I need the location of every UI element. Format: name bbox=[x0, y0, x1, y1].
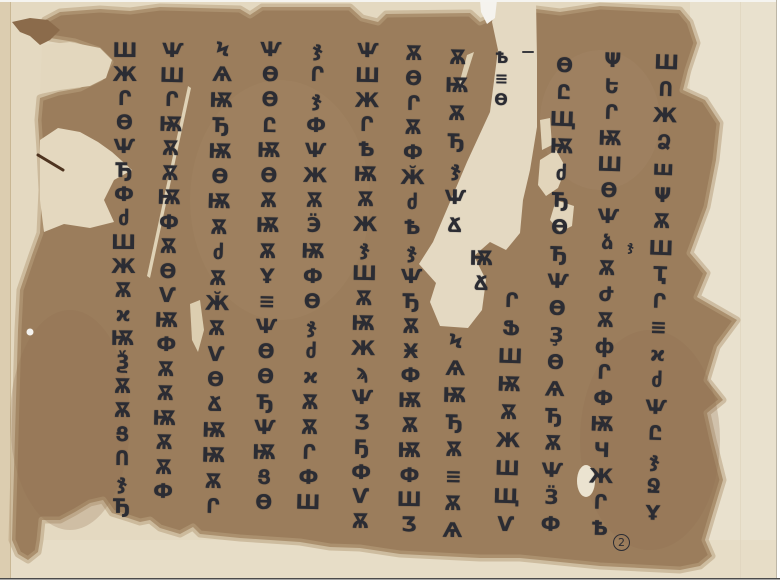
glyph: Ѫ bbox=[397, 313, 425, 338]
glyph: Ը bbox=[641, 419, 670, 446]
glyph: Ѭ bbox=[396, 388, 424, 413]
glyph: ≡ bbox=[487, 67, 515, 88]
glyph: Ѭ bbox=[588, 410, 617, 437]
glyph: Ѱ bbox=[544, 267, 573, 295]
glyph: Ѳ bbox=[252, 339, 280, 365]
glyph: Ѭ bbox=[206, 139, 235, 165]
glyph: Ѳ bbox=[595, 177, 624, 204]
glyph: Ր bbox=[597, 99, 626, 126]
glyph: Ѳ bbox=[298, 289, 327, 315]
glyph: Ѧ bbox=[441, 354, 469, 381]
glyph: ≡ bbox=[253, 289, 281, 315]
glyph: Ф bbox=[396, 363, 424, 388]
glyph: Ф bbox=[110, 182, 138, 206]
glyph: Ջ bbox=[639, 472, 668, 499]
glyph: ჯ bbox=[640, 446, 669, 473]
circled-page-number: 2 bbox=[613, 534, 630, 551]
glyph: Ш bbox=[595, 151, 624, 178]
glyph: Ը bbox=[255, 113, 283, 139]
glyph: ϡ bbox=[349, 360, 377, 385]
text-column-4-middle: ѬՃ bbox=[467, 245, 496, 295]
glyph: Ѱ bbox=[538, 456, 567, 484]
glyph: Ѭ bbox=[299, 239, 328, 265]
glyph: ჯ bbox=[442, 155, 470, 183]
glyph: Ր bbox=[399, 90, 427, 115]
glyph: Ψ bbox=[648, 181, 677, 208]
glyph: Ђ bbox=[442, 127, 470, 155]
glyph: Ѱ bbox=[257, 37, 285, 63]
glyph: Ր bbox=[303, 62, 332, 88]
glyph: Ѳ bbox=[545, 213, 574, 241]
glyph: Ձ bbox=[650, 128, 679, 155]
glyph: Ѫ bbox=[156, 135, 185, 160]
glyph: Ѫ bbox=[150, 429, 179, 454]
glyph: Ф bbox=[589, 384, 618, 411]
glyph: Ѫ bbox=[149, 454, 178, 479]
glyph: Ф bbox=[536, 510, 565, 538]
glyph: Ѳ bbox=[154, 258, 183, 283]
glyph: Ѫ bbox=[350, 285, 378, 310]
glyph: Ђ bbox=[108, 494, 136, 518]
glyph: Ѫ bbox=[152, 356, 181, 381]
glyph: Ѱ bbox=[251, 415, 279, 441]
glyph: Ш bbox=[647, 234, 676, 261]
manuscript-photograph: ШՈЖՁшΨѪШҬՐ≡ϰძѰԸჯՋҰ ΨԵՐѬШѲѰձѪԺѪфՐФѬЧЖՐѢ ჯ… bbox=[0, 0, 780, 582]
glyph: Щ bbox=[492, 482, 521, 511]
glyph: Ш bbox=[353, 62, 381, 87]
glyph: Ѵ bbox=[202, 342, 231, 368]
text-column-6: ѪѲՐѪФӁძѢჯѰЂѪӾФѬѪѬФШӠ bbox=[395, 40, 428, 536]
glyph: Ђ bbox=[544, 240, 573, 268]
glyph: Ѳ bbox=[543, 294, 572, 322]
glyph: Ш bbox=[395, 487, 423, 512]
glyph: Ѱ bbox=[301, 138, 330, 164]
glyph: Ѭ bbox=[468, 245, 496, 270]
glyph: Ш bbox=[652, 48, 681, 75]
glyph: Ψ bbox=[598, 47, 627, 74]
glyph: Ѭ bbox=[200, 418, 229, 444]
glyph: Ѫ bbox=[300, 188, 329, 214]
glyph: Ѭ bbox=[109, 326, 137, 350]
glyph: Ђ bbox=[207, 113, 236, 139]
glyph: Ѱ bbox=[110, 134, 138, 158]
glyph: Ђ bbox=[539, 402, 568, 430]
glyph: Ѫ bbox=[351, 186, 379, 211]
glyph: Ր bbox=[295, 440, 324, 466]
glyph: ш bbox=[649, 154, 678, 181]
glyph: Ѵ bbox=[491, 510, 520, 539]
glyph: Ѫ bbox=[539, 429, 568, 457]
glyph: Ժ bbox=[592, 281, 621, 308]
glyph: Ѭ bbox=[153, 307, 182, 332]
text-column-5-upper: ѪѬѪЂჯѰՃ bbox=[441, 43, 472, 239]
glyph: Ѳ bbox=[550, 51, 579, 79]
glyph: Ж bbox=[351, 211, 379, 236]
glyph: Ѫ bbox=[444, 43, 472, 71]
glyph: Ѳ bbox=[110, 110, 138, 134]
glyph: Ѫ bbox=[400, 40, 428, 65]
glyph: Ѱ bbox=[252, 314, 280, 340]
glyph: Ѭ bbox=[396, 437, 424, 462]
glyph: Ӿ bbox=[397, 338, 425, 363]
glyph: Ѫ bbox=[396, 412, 424, 437]
glyph: Ѱ bbox=[397, 264, 425, 289]
marginal-glyph: ჯ bbox=[627, 240, 634, 255]
glyph: Ж bbox=[109, 254, 137, 278]
glyph: Ϟ bbox=[208, 37, 237, 63]
glyph: Ѧ bbox=[438, 516, 466, 543]
glyph: Ѭ bbox=[207, 88, 236, 114]
glyph: Ӭ bbox=[300, 213, 329, 239]
glyph: Ф bbox=[302, 113, 331, 139]
glyph: Ϟ bbox=[442, 327, 470, 354]
glyph: Ѳ bbox=[256, 88, 284, 114]
glyph: Ѫ bbox=[108, 398, 136, 422]
glyph: Ж bbox=[494, 426, 523, 455]
glyph: Ѫ bbox=[156, 160, 185, 185]
glyph: Ѫ bbox=[205, 215, 234, 241]
glyph: ≡ bbox=[644, 313, 673, 340]
glyph: Ӡ bbox=[348, 409, 376, 434]
glyph: Ђ bbox=[110, 158, 138, 182]
glyph: ძ bbox=[547, 159, 576, 187]
glyph: ჯ bbox=[398, 239, 426, 264]
text-column-5-lower: ϞѦѬЂѪ≡ѪѦ bbox=[438, 327, 470, 543]
glyph: Ր bbox=[110, 86, 138, 110]
glyph: Ր bbox=[586, 488, 615, 515]
glyph: Ѳ bbox=[399, 65, 427, 90]
glyph: Ѣ bbox=[585, 514, 614, 541]
glyph: Ը bbox=[549, 78, 578, 106]
glyph: Ѭ bbox=[548, 132, 577, 160]
glyph: Ѭ bbox=[349, 310, 377, 335]
glyph: Ѳ bbox=[255, 163, 283, 189]
glyph: ძ bbox=[398, 189, 426, 214]
page-number: 2 bbox=[618, 536, 625, 549]
glyph: ძ bbox=[297, 339, 326, 365]
glyph: Ѫ bbox=[203, 265, 232, 291]
glyph: Ѯ bbox=[109, 350, 137, 374]
glyph: Ѫ bbox=[109, 278, 137, 302]
text-column-4-upper: Ѣ≡Ө bbox=[487, 46, 516, 109]
glyph: Ѫ bbox=[443, 99, 471, 127]
glyph: Ф bbox=[347, 459, 375, 484]
glyph: Ӂ bbox=[398, 164, 426, 189]
glyph: Ѫ bbox=[253, 239, 281, 265]
glyph: Ѧ bbox=[540, 375, 569, 403]
glyph: Ց bbox=[108, 422, 136, 446]
glyph: Ѣ bbox=[398, 214, 426, 239]
glyph: Ր bbox=[645, 287, 674, 314]
glyph: Ր bbox=[497, 286, 526, 315]
glyph: ძ bbox=[110, 206, 138, 230]
glyph: Ր bbox=[157, 86, 186, 111]
glyph: Ѭ bbox=[254, 213, 282, 239]
glyph: Ѫ bbox=[199, 469, 228, 495]
glyph: Ѱ bbox=[158, 37, 187, 62]
glyph: Ѫ bbox=[399, 115, 427, 140]
glyph: Ш bbox=[111, 38, 139, 62]
glyph: Ѱ bbox=[642, 393, 671, 420]
glyph: Ђ bbox=[397, 288, 425, 313]
glyph: Ѳ bbox=[249, 490, 277, 516]
glyph: Ѫ bbox=[494, 398, 523, 427]
glyph: Ֆ bbox=[497, 314, 526, 343]
glyph: ≡ bbox=[439, 462, 467, 489]
glyph: ჯ bbox=[297, 314, 326, 340]
glyph: Ѭ bbox=[200, 443, 229, 469]
glyph: Ф bbox=[299, 264, 328, 290]
glyph: Ж bbox=[111, 62, 139, 86]
glyph: Ш bbox=[350, 261, 378, 286]
glyph: Ӡ bbox=[395, 512, 423, 537]
glyph: Ѫ bbox=[202, 316, 231, 342]
glyph: Ф bbox=[399, 140, 427, 165]
glyph: Ұ bbox=[638, 499, 667, 526]
text-column-12: ШЖՐѲѰЂФძШЖѪϰѬѮѪѪՑՈჯЂ bbox=[108, 38, 139, 518]
glyph: Ӟ bbox=[537, 483, 566, 511]
glyph: Ж bbox=[651, 101, 680, 128]
glyph: Ѣ bbox=[488, 46, 516, 67]
glyph: Ց bbox=[250, 465, 278, 491]
glyph: Ш bbox=[158, 62, 187, 87]
glyph: Ҙ bbox=[542, 321, 571, 349]
glyph: Ж bbox=[301, 163, 330, 189]
glyph: Ѧ bbox=[208, 62, 237, 88]
glyph: Ѭ bbox=[352, 161, 380, 186]
glyph: Ф bbox=[294, 465, 323, 491]
glyph: Ր bbox=[198, 494, 227, 520]
glyph: Ѳ bbox=[201, 367, 230, 393]
glyph: Ѭ bbox=[255, 138, 283, 164]
glyph: Ճ bbox=[467, 270, 495, 295]
glyph: Ш bbox=[493, 454, 522, 483]
glyph: Ѳ bbox=[251, 365, 279, 391]
glyph: Ѭ bbox=[157, 111, 186, 136]
glyph: Ѫ bbox=[295, 415, 324, 441]
glyph: Ф bbox=[152, 331, 181, 356]
glyph: ჯ bbox=[350, 236, 378, 261]
glyph: Ѫ bbox=[254, 188, 282, 214]
glyph: ձ bbox=[593, 229, 622, 256]
glyph: ჯ bbox=[302, 87, 331, 113]
glyph: Ѭ bbox=[441, 381, 469, 408]
glyph: Ж bbox=[349, 335, 377, 360]
glyph: Ѱ bbox=[354, 37, 382, 62]
glyph: Ш bbox=[496, 342, 525, 371]
glyph: Ѵ bbox=[153, 282, 182, 307]
glyph: Ш bbox=[109, 230, 137, 254]
glyph: ძ bbox=[204, 240, 233, 266]
glyph: Ѭ bbox=[596, 125, 625, 152]
glyph: ძ bbox=[642, 366, 671, 393]
glyph: Ж bbox=[353, 87, 381, 112]
glyph: Ր bbox=[590, 358, 619, 385]
glyph: Ө bbox=[487, 88, 515, 109]
glyph: Ђ bbox=[440, 408, 468, 435]
glyph: Ѫ bbox=[296, 390, 325, 416]
glyph: Ҕ bbox=[347, 434, 375, 459]
glyph: Ճ bbox=[441, 211, 469, 239]
glyph: Ճ bbox=[201, 392, 230, 418]
glyph: Ұ bbox=[253, 264, 281, 290]
glyph: Ѫ bbox=[591, 307, 620, 334]
glyph: Ѭ bbox=[443, 71, 471, 99]
glyph: Ф bbox=[155, 209, 184, 234]
glyph: Ӂ bbox=[203, 291, 232, 317]
glyph: Ր bbox=[352, 112, 380, 137]
glyph: Ф bbox=[395, 462, 423, 487]
glyph: Ѭ bbox=[205, 189, 234, 215]
glyph: Ѳ bbox=[256, 62, 284, 88]
glyph: Ҭ bbox=[646, 260, 675, 287]
glyph: Ѫ bbox=[440, 435, 468, 462]
glyph: Ш bbox=[294, 490, 323, 516]
glyph: Ѵ bbox=[347, 484, 375, 509]
glyph: Ђ bbox=[251, 390, 279, 416]
glyph: Ѫ bbox=[151, 380, 180, 405]
glyph: ჯ bbox=[303, 37, 332, 63]
glyph: ϰ bbox=[109, 302, 137, 326]
glyph: Ч bbox=[587, 436, 616, 463]
glyph: Ѳ bbox=[541, 348, 570, 376]
glyph: Ѭ bbox=[150, 405, 179, 430]
glyph: Ѭ bbox=[250, 440, 278, 466]
glyph: Ѭ bbox=[495, 370, 524, 399]
glyph: ϰ bbox=[296, 364, 325, 390]
glyph: Ѱ bbox=[594, 203, 623, 230]
glyph: Ф bbox=[149, 478, 178, 503]
glyph: Ѫ bbox=[439, 489, 467, 516]
glyph: Ѱ bbox=[348, 384, 376, 409]
glyph: Ѣ bbox=[352, 137, 380, 162]
glyph: ჯ bbox=[108, 470, 136, 494]
glyph: ф bbox=[590, 332, 619, 359]
glyph: Ѫ bbox=[592, 255, 621, 282]
glyph: Щ bbox=[549, 105, 578, 133]
glyph: ϰ bbox=[643, 340, 672, 367]
glyph: Ѫ bbox=[154, 233, 183, 258]
glyph: Ѭ bbox=[155, 184, 184, 209]
glyph: Ж bbox=[587, 462, 616, 489]
glyph: Ѫ bbox=[108, 374, 136, 398]
glyph: Ե bbox=[598, 73, 627, 100]
glyph: Ѱ bbox=[441, 183, 469, 211]
glyph: Ո bbox=[108, 446, 136, 470]
glyph: Ѳ bbox=[206, 164, 235, 190]
glyph: Ѫ bbox=[647, 207, 676, 234]
glyph: Ѫ bbox=[346, 508, 374, 533]
glyph: Ђ bbox=[546, 186, 575, 214]
glyph: Ո bbox=[651, 75, 680, 102]
